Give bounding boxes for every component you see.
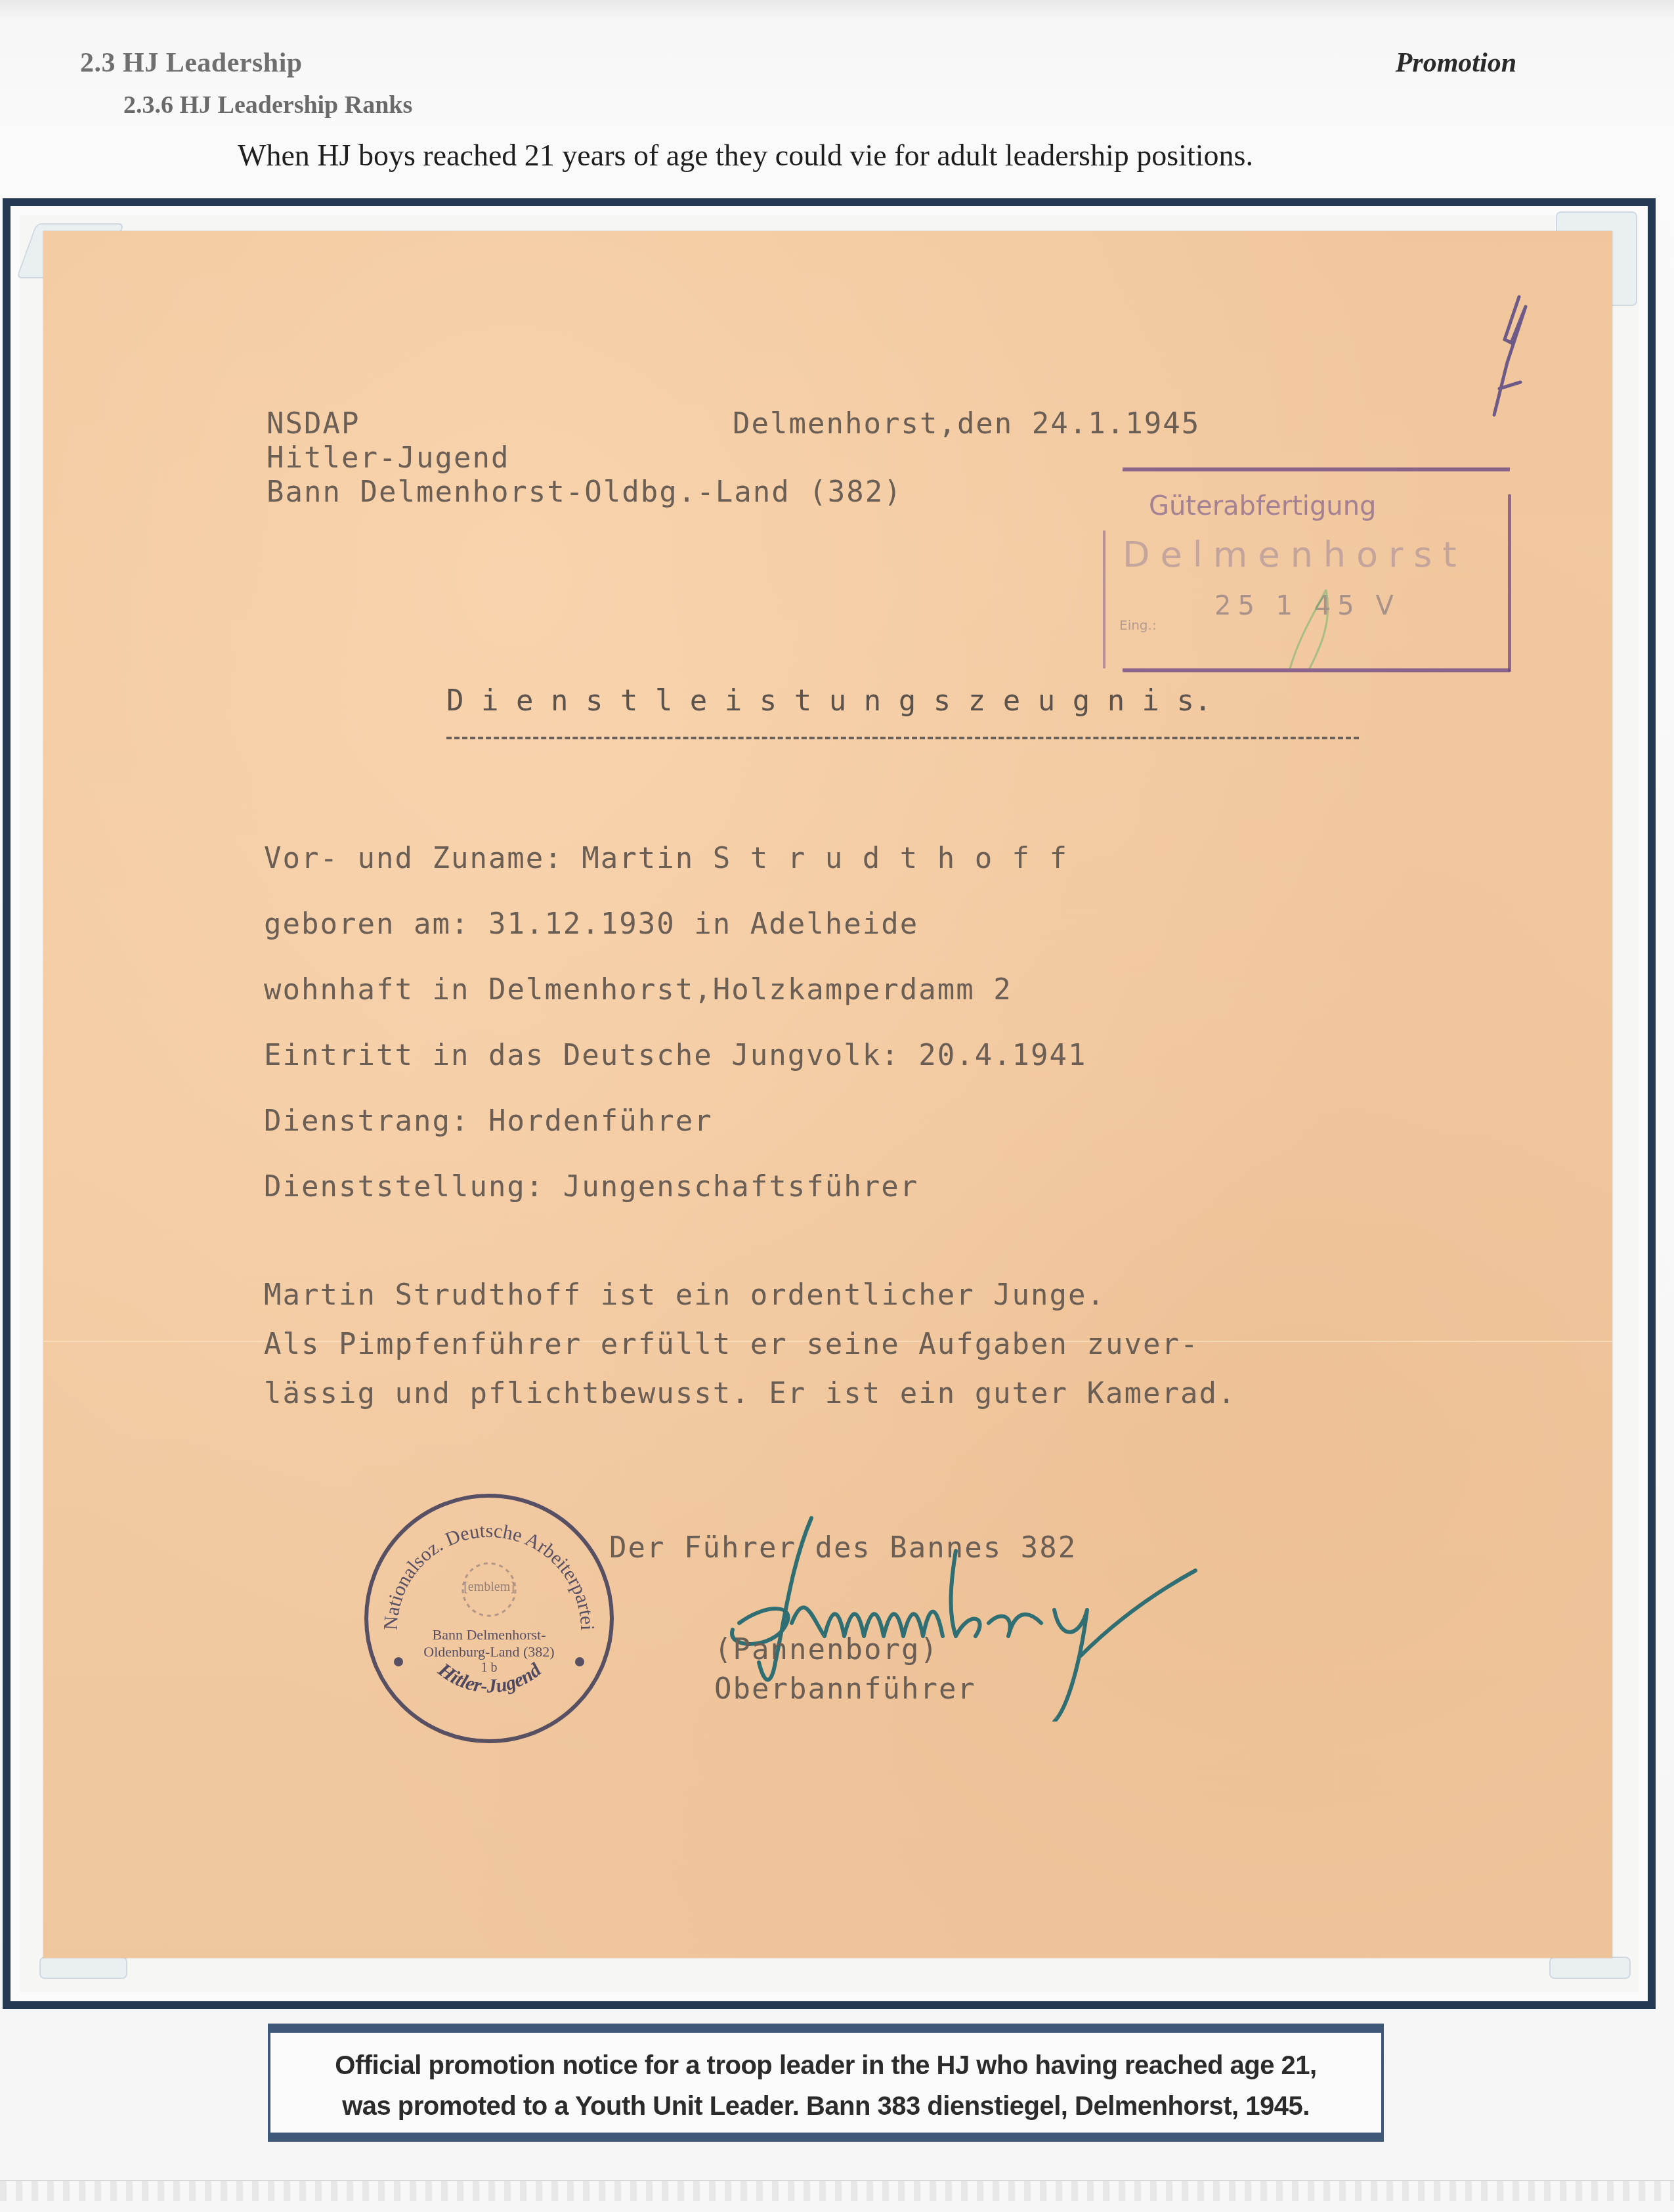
page-topic: Promotion (1396, 47, 1516, 79)
field-entry-date: Eintritt in das Deutsche Jungvolk: 20.4.… (264, 1039, 1087, 1072)
place-and-date: Delmenhorst,den 24.1.1945 (733, 407, 1200, 441)
stamp-line-2: Delmenhorst (1123, 534, 1467, 575)
title-underline (446, 737, 1359, 739)
intro-text: When HJ boys reached 21 years of age the… (238, 138, 1253, 173)
document-title: D i e n s t l e i s t u n g s z e u g n … (446, 684, 1212, 718)
seal-ring-text: Nationalsoz. Deutsche Arbeiterpartei Hit… (368, 1498, 610, 1739)
service-certificate-document: NSDAP Hitler-Jugend Bann Delmenhorst-Old… (43, 231, 1612, 1958)
sheet-protector-edge (0, 2180, 1674, 2201)
green-pencil-mark (1274, 583, 1352, 675)
field-position: Dienststellung: Jungenschaftsführer (264, 1170, 918, 1204)
page-header: 2.3 HJ Leadership 2.3.6 HJ Leadership Ra… (66, 39, 1608, 190)
letterhead-hj: Hitler-Jugend (267, 441, 509, 475)
seal-emblem-placeholder: [emblem] (368, 1580, 610, 1595)
remark-line: lässig und pflichtbewusst. Er ist ein gu… (264, 1377, 1237, 1410)
stamp-prefix: Eing.: (1119, 617, 1157, 633)
subsection-title: 2.3.6 HJ Leadership Ranks (123, 91, 412, 119)
field-residence: wohnhaft in Delmenhorst,Holzkamperdamm 2 (264, 973, 1012, 1007)
typed-signatory-name: (Pannenborg) (714, 1633, 939, 1666)
album-page: 2.3 HJ Leadership 2.3.6 HJ Leadership Ra… (0, 0, 1674, 2212)
corner-mount-bottom-left (39, 1957, 127, 1979)
remark-line: Martin Strudthoff ist ein ordentlicher J… (264, 1278, 1105, 1312)
seal-inner-line-1: Bann Delmenhorst- (368, 1626, 610, 1643)
section-title: 2.3 HJ Leadership (80, 47, 303, 79)
remark-line: Als Pimpfenführer erfüllt er seine Aufga… (264, 1328, 1199, 1361)
seal-inner-line-3: 1 b (368, 1660, 610, 1676)
field-rank: Dienstrang: Hordenführer (264, 1104, 713, 1138)
caption-line-2: was promoted to a Youth Unit Leader. Ban… (270, 2092, 1381, 2121)
corner-mount-bottom-right (1549, 1957, 1631, 1979)
stamp-line-1: Güterabfertigung (1149, 491, 1376, 521)
caption-line-1: Official promotion notice for a troop le… (270, 2051, 1381, 2081)
letterhead-nsdap: NSDAP (267, 407, 360, 441)
letterhead-bann: Bann Delmenhorst-Oldbg.-Land (382) (267, 475, 903, 509)
pencil-folio-number (1468, 290, 1547, 428)
seal-inner-line-2: Oldenburg-Land (382) (368, 1643, 610, 1660)
field-name: Vor- und Zuname: Martin S t r u d t h o … (264, 842, 1068, 875)
signatory-rank: Oberbannführer (714, 1672, 976, 1706)
goods-office-receipt-stamp: Güterabfertigung Delmenhorst 25 1 45 V E… (1123, 467, 1510, 672)
official-round-seal: Nationalsoz. Deutsche Arbeiterpartei Hit… (364, 1494, 614, 1743)
caption-box: Official promotion notice for a troop le… (268, 2024, 1384, 2142)
field-birth: geboren am: 31.12.1930 in Adelheide (264, 907, 918, 941)
svg-text:Nationalsoz. Deutsche Arbeiter: Nationalsoz. Deutsche Arbeiterpartei (380, 1520, 598, 1631)
